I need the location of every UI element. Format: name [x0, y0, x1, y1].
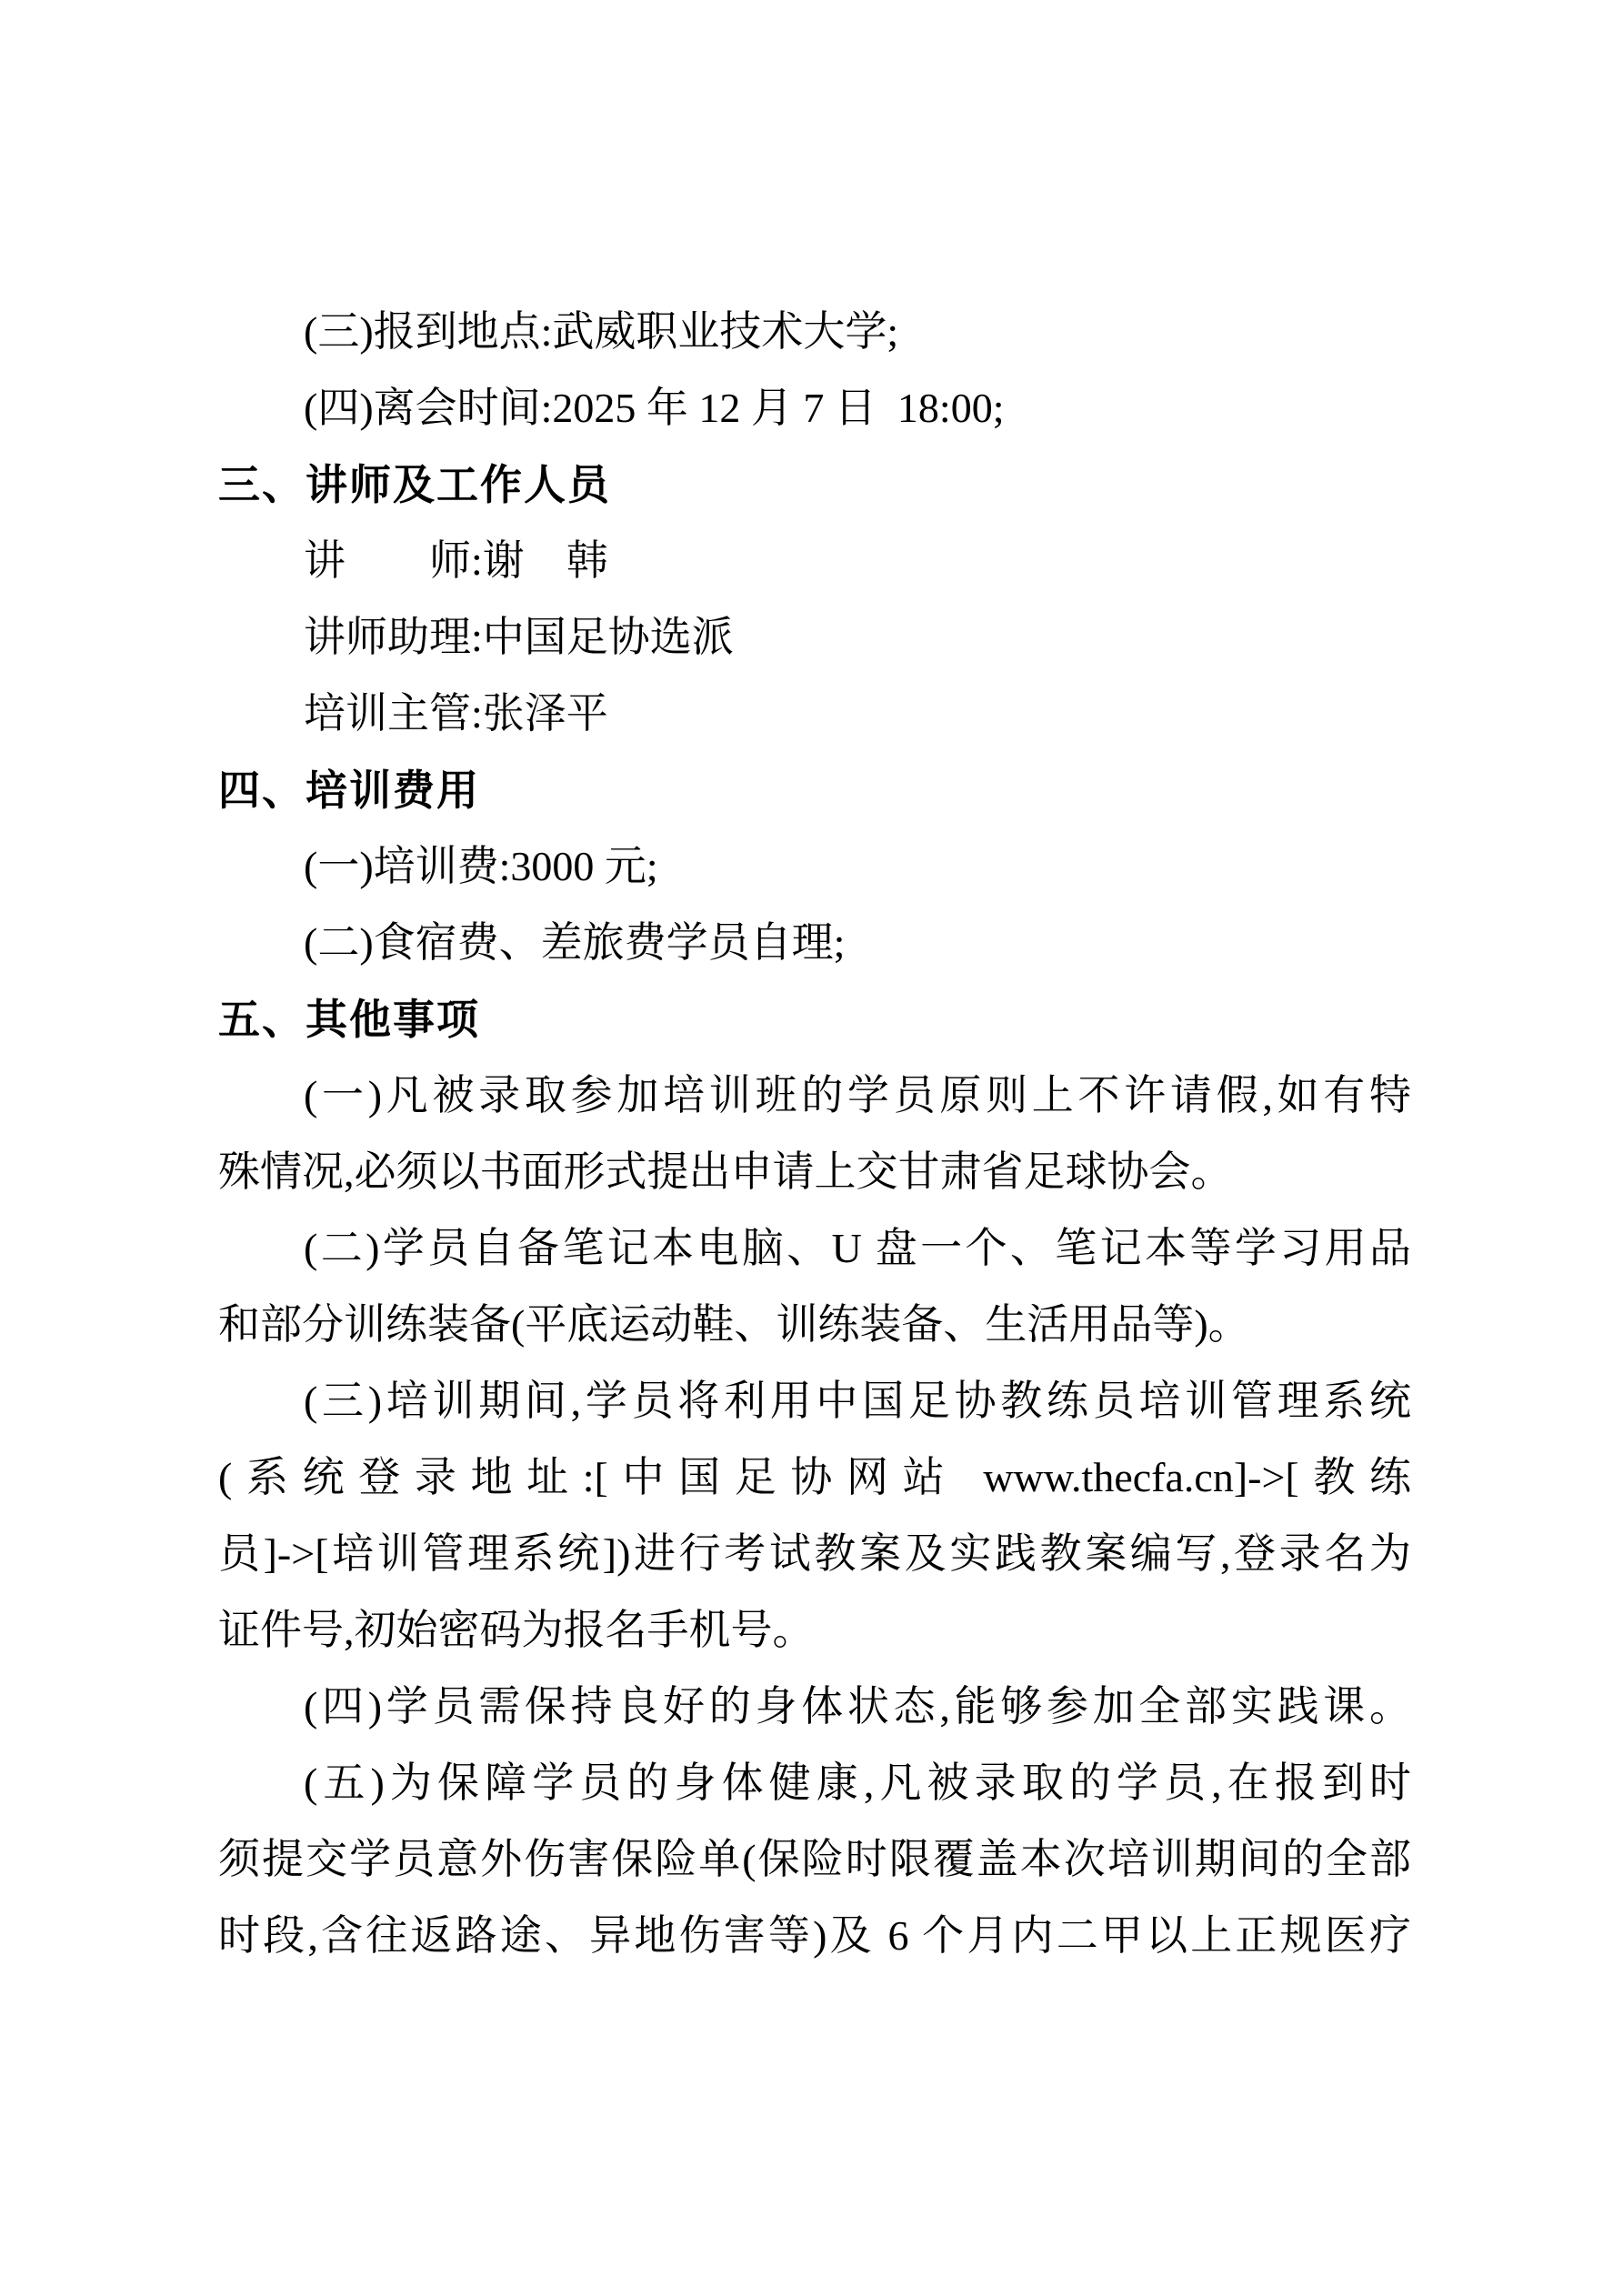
- doc-line-lecturer: 讲 师:谢 韩: [218, 523, 1411, 599]
- document-body: (三)报到地点:武威职业技术大学; (四)离会时间:2025 年 12 月 7 …: [218, 294, 1411, 1974]
- doc-line-item4: (四)学员需保持良好的身体状态,能够参加全部实践课。: [218, 1669, 1411, 1745]
- document-page: (三)报到地点:武威职业技术大学; (四)离会时间:2025 年 12 月 7 …: [0, 0, 1623, 2296]
- doc-line-item3-a: (三)培训期间,学员将利用中国足协教练员培训管理系统: [218, 1363, 1411, 1439]
- doc-line-checkin-location: (三)报到地点:武威职业技术大学;: [218, 294, 1411, 370]
- doc-line-item3-b: (系统登录地址:[中国足协网站 www.thecfa.cn]->[教练: [218, 1439, 1411, 1516]
- doc-line-item2-a: (二)学员自备笔记本电脑、U 盘一个、笔记本等学习用品: [218, 1210, 1411, 1287]
- doc-line-board-travel-fee: (二)食宿费、差旅费学员自理;: [218, 905, 1411, 981]
- doc-line-item2-b: 和部分训练装备(平底运动鞋、训练装备、生活用品等)。: [218, 1287, 1411, 1363]
- doc-line-item5-c: 时段,含往返路途、异地伤害等)及 6 个月内二甲以上正规医疗: [218, 1898, 1411, 1974]
- section-heading-fees: 四、培训费用: [218, 752, 1411, 828]
- doc-line-training-supervisor: 培训主管:张泽平: [218, 676, 1411, 752]
- doc-line-item1-b: 殊情况,必须以书面形式提出申请上交甘肃省足球协会。: [218, 1134, 1411, 1210]
- section-heading-instructors: 三、讲师及工作人员: [218, 446, 1411, 523]
- doc-line-training-fee: (一)培训费:3000 元;: [218, 828, 1411, 905]
- doc-line-item1-a: (一)凡被录取参加培训班的学员原则上不许请假,如有特: [218, 1058, 1411, 1134]
- doc-line-item5-a: (五)为保障学员的身体健康,凡被录取的学员,在报到时: [218, 1745, 1411, 1821]
- section-heading-other-matters: 五、其他事项: [218, 981, 1411, 1058]
- doc-line-item3-c: 员]->[培训管理系统])进行考试教案及实践教案编写,登录名为: [218, 1516, 1411, 1592]
- doc-line-lecturer-assistant: 讲师助理:中国足协选派: [218, 599, 1411, 676]
- doc-line-departure-time: (四)离会时间:2025 年 12 月 7 日 18:00;: [218, 370, 1411, 446]
- doc-line-item5-b: 须提交学员意外伤害保险单(保险时限覆盖本次培训期间的全部: [218, 1821, 1411, 1898]
- doc-line-item3-d: 证件号,初始密码为报名手机号。: [218, 1592, 1411, 1669]
